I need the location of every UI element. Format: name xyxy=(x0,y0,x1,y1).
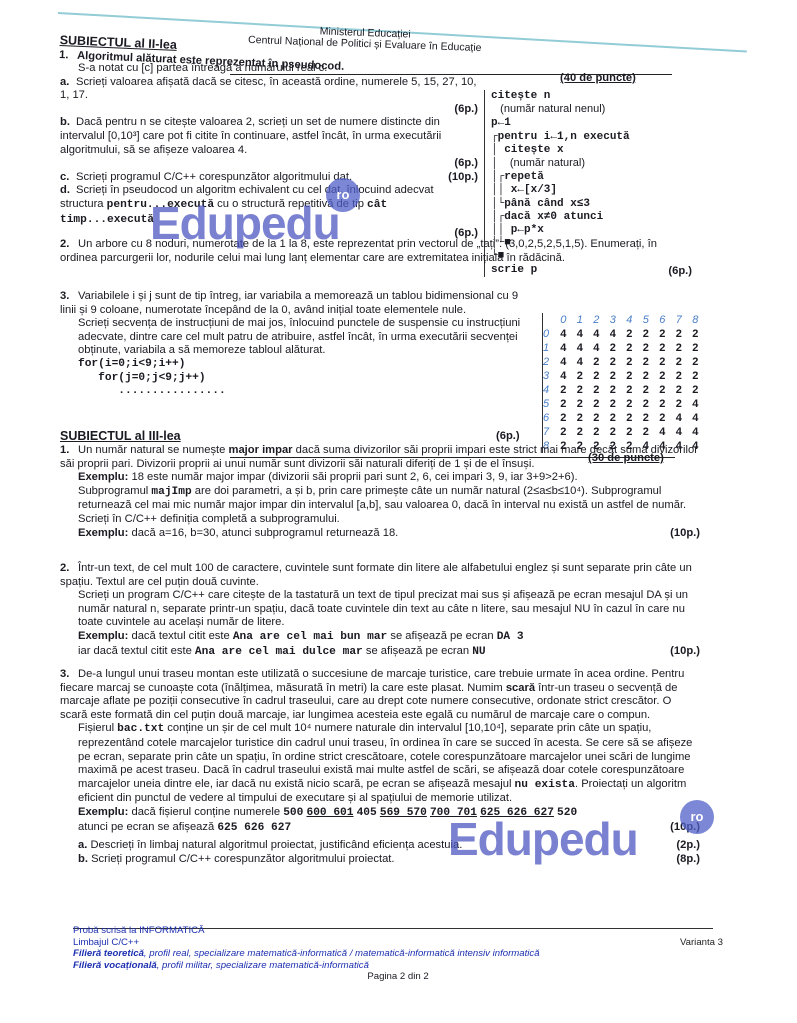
sequence-item: 600 601 xyxy=(306,807,353,819)
sequence-item: 405 xyxy=(357,807,377,819)
s2p3-code: for(i=0;i<9;i++) for(j=0;j<9;j++) ......… xyxy=(60,358,532,399)
matrix-row: 1444222222 xyxy=(543,341,704,355)
matrix-row: 3422222222 xyxy=(543,369,704,383)
s2p3: 3.Variabilele i și j sunt de tip întreg,… xyxy=(60,290,532,399)
sequence-item: 569 570 xyxy=(380,807,427,819)
pseudocode-line: ││ p←p*x xyxy=(491,224,691,237)
s2p1c-text: Scrieți programul C/C++ corespunzător al… xyxy=(76,171,352,183)
watermark-badge-icon-2: ro xyxy=(680,800,714,834)
subject-2-points: (40 de puncte) xyxy=(560,72,636,86)
matrix-column-labels: 012345678 xyxy=(543,313,704,327)
file-name: bac.txt xyxy=(117,723,164,735)
sequence-item: 500 xyxy=(283,807,303,819)
footer-variant: Varianta 3 xyxy=(680,937,723,949)
s3p2: 2.Într-un text, de cel mult 100 de carac… xyxy=(60,562,700,659)
s3p2-points: (10p.) xyxy=(670,645,700,659)
footer-language: Limbajul C/C++ xyxy=(73,937,139,948)
watermark-badge-icon: ro xyxy=(326,178,360,212)
watermark-logo-text-2: Edupedu xyxy=(448,812,638,866)
s2p1c-points: (10p.) xyxy=(448,171,478,185)
matrix-row: 4222222222 xyxy=(543,383,704,397)
s2p2-points: (6p.) xyxy=(668,265,692,277)
func-name: majImp xyxy=(151,486,191,498)
s2p1b-text: Dacă pentru n se citește valoarea 2, scr… xyxy=(60,116,441,155)
subject-3: SUBIECTUL al III-lea xyxy=(60,430,700,445)
pseudocode-line: (număr natural nenul) xyxy=(491,103,691,117)
pseudocode-line: │ (număr natural) xyxy=(491,157,691,171)
pseudocode-line: │└până când x≤3 xyxy=(491,198,691,211)
pseudocode-line: │┌repetă xyxy=(491,171,691,184)
pseudocode-line: │ citește x xyxy=(491,144,691,157)
s2p1b-points: (6p.) xyxy=(454,157,478,169)
matrix-row: 2442222222 xyxy=(543,355,704,369)
exam-page: Ministerul Educației Centrul Național de… xyxy=(0,0,797,1023)
pseudocode-line: ││ x←[x/3] xyxy=(491,184,691,197)
matrix-row: 6222222244 xyxy=(543,411,704,425)
s2p1a-points: (6p.) xyxy=(454,103,478,115)
s3p1: 1.Un număr natural se numește major impa… xyxy=(60,444,700,540)
s3p1-points: (10p.) xyxy=(670,527,700,541)
pseudocode-line: citește n xyxy=(491,90,691,103)
matrix-row: 0444422222 xyxy=(543,327,704,341)
s2p3-text2: Scrieți secvența de instrucțiuni de mai … xyxy=(60,317,532,358)
watermark-logo-text: Edupedu xyxy=(150,196,340,250)
s2p1-note: S-a notat cu [c] partea întreagă a număr… xyxy=(60,62,478,76)
pseudocode-line: │┌dacă x≠0 atunci xyxy=(491,211,691,224)
matrix-row: 5222222224 xyxy=(543,397,704,411)
footer-exam: Probă scrisă la INFORMATICĂ xyxy=(73,925,723,937)
s2p1a-text: Scrieți valoarea afișată dacă se citesc,… xyxy=(60,76,477,102)
subject-3-title: SUBIECTUL al III-lea xyxy=(60,429,181,443)
pseudocode-line: ┌pentru i←1,n execută xyxy=(491,131,691,144)
pseudocode-line: p←1 xyxy=(491,117,691,130)
page-footer: Probă scrisă la INFORMATICĂ Limbajul C/C… xyxy=(73,925,723,983)
s2p3-text1: Variabilele i și j sunt de tip întreg, i… xyxy=(60,290,518,316)
footer-page-number: Pagina 2 din 2 xyxy=(73,971,723,983)
